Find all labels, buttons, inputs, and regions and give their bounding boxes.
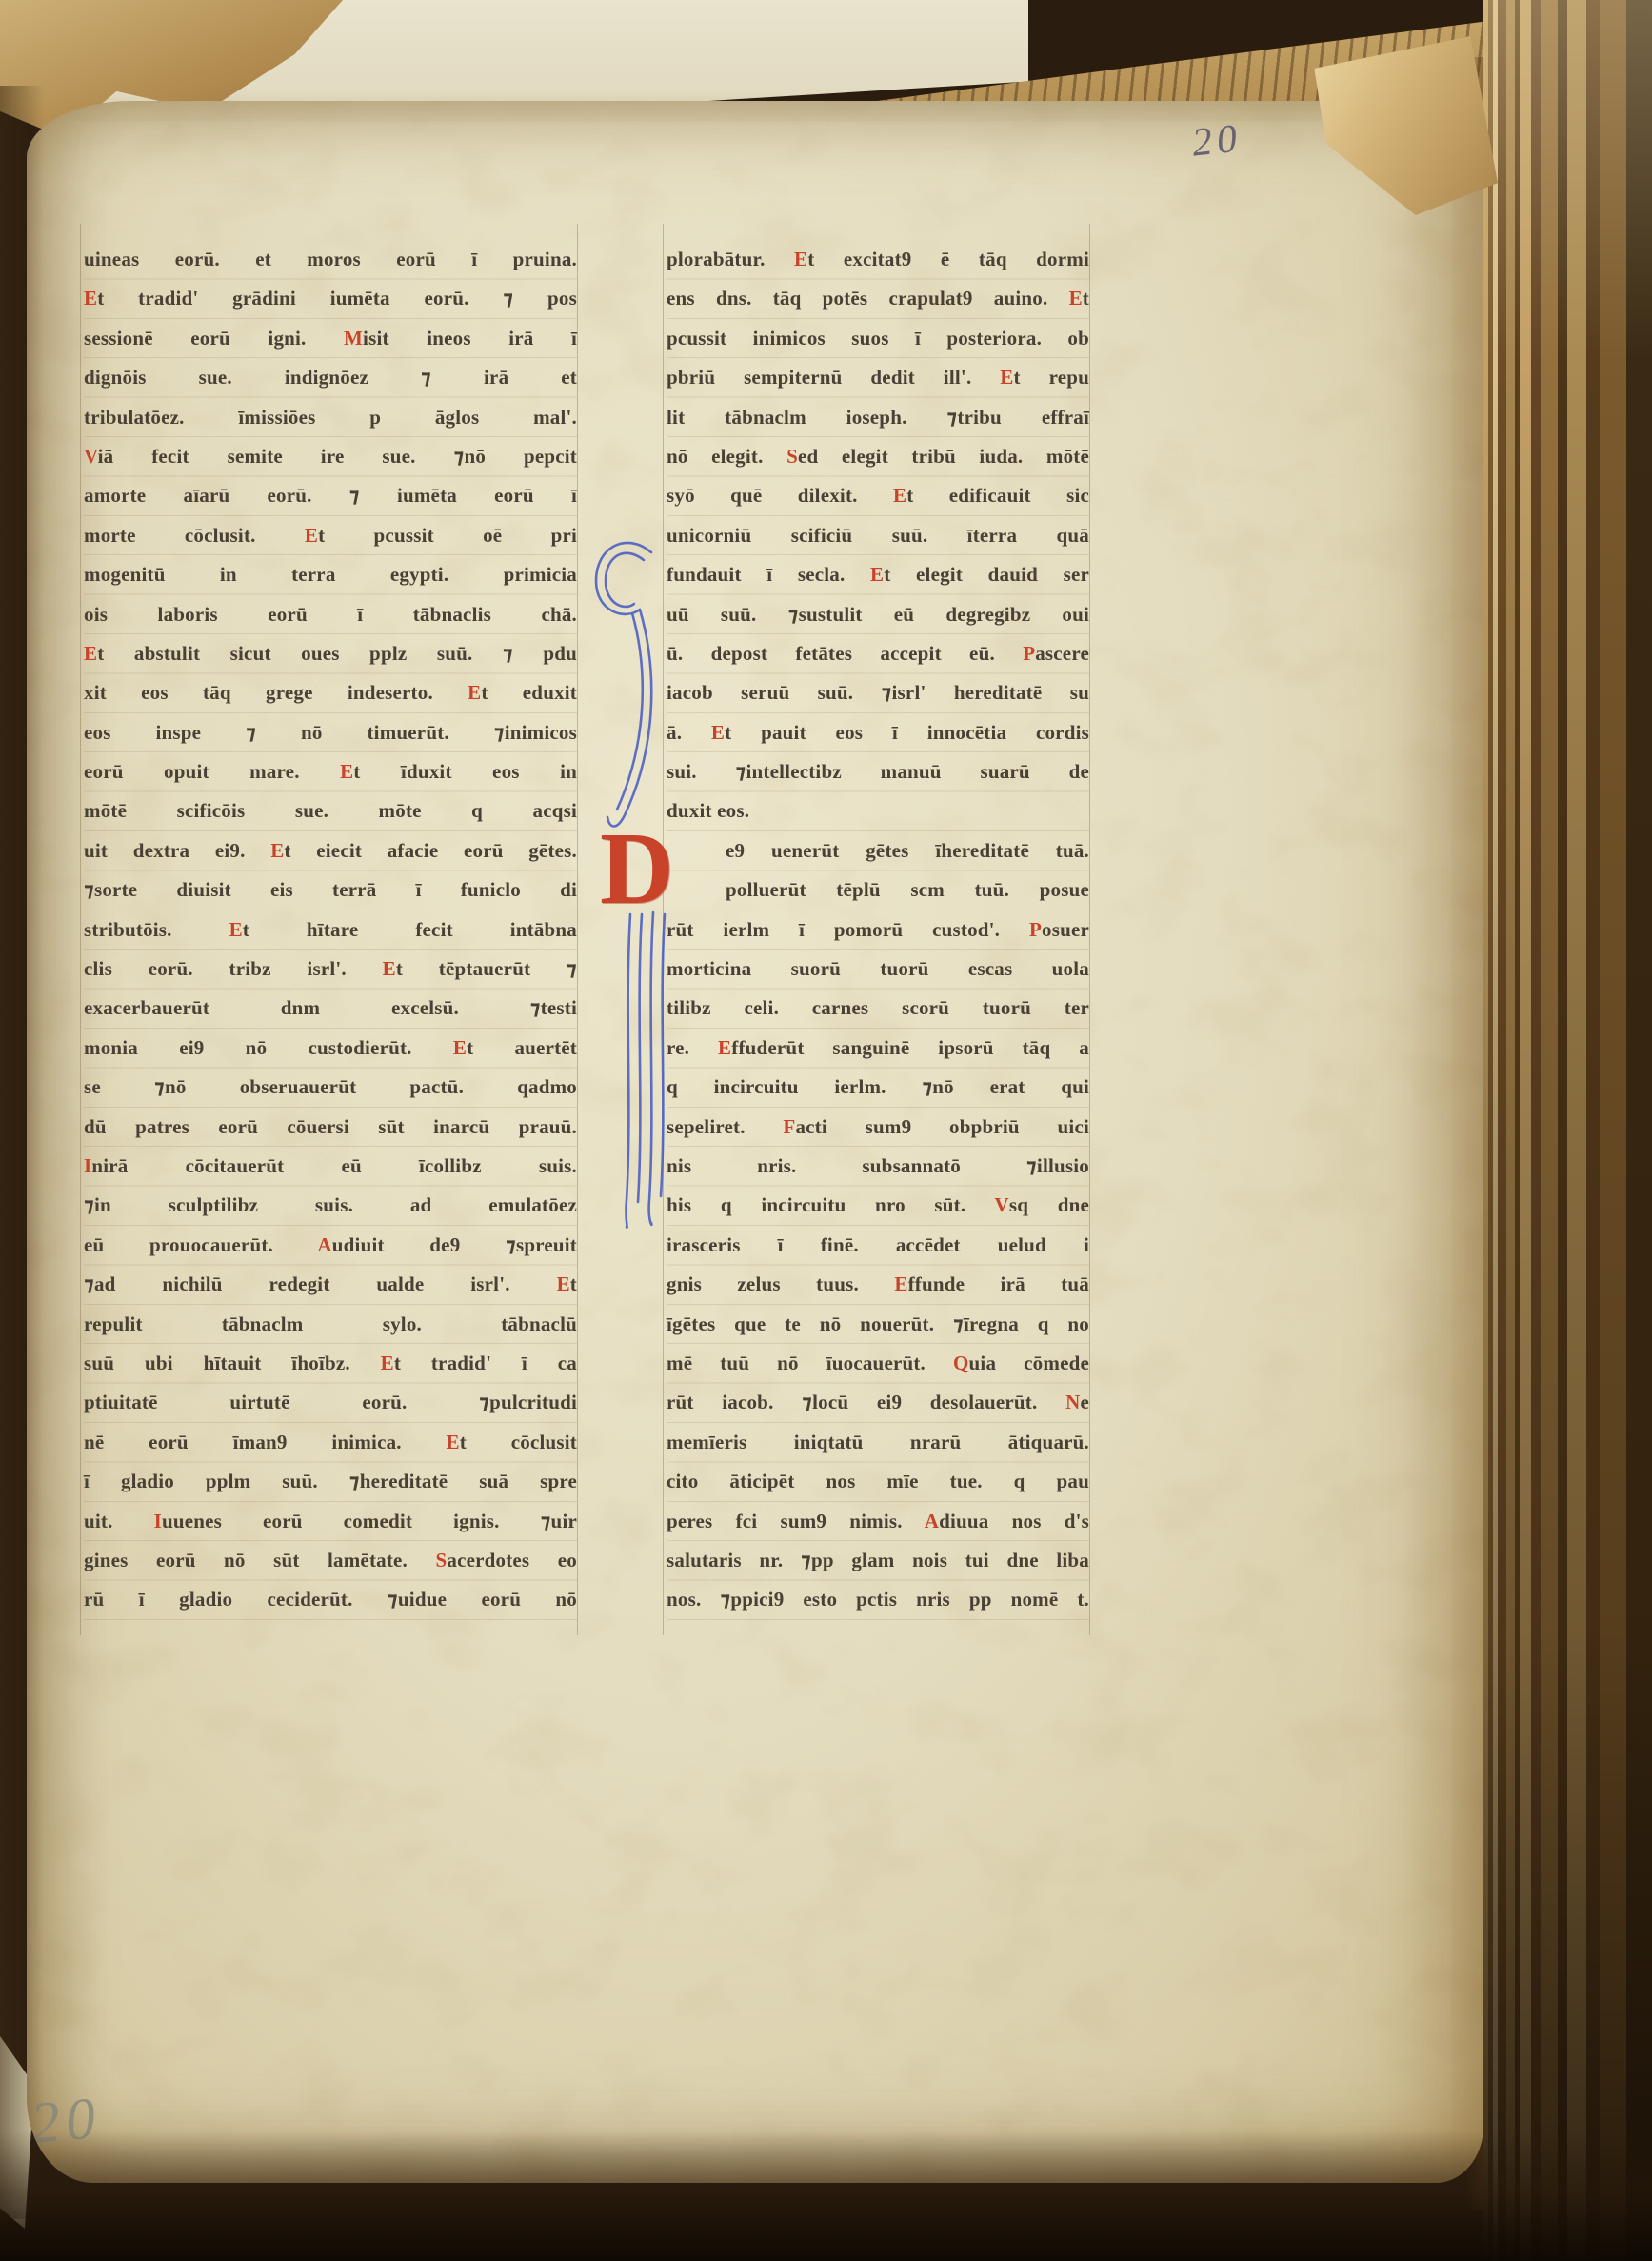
text-run: ois laboris eorū ī tābnaclis chā.: [84, 603, 577, 626]
text-run: uū suū. ⁊sustulit eū degregibz oui: [667, 603, 1089, 626]
rubric-initial: E: [270, 839, 284, 862]
text-run: t eduxit: [481, 681, 577, 704]
rubric-initial: E: [711, 721, 725, 744]
manuscript-line: sessionē eorū igni. Misit ineos irā ī: [84, 319, 577, 358]
manuscript-line: rūt iacob. ⁊locū ei9 desolauerūt. Ne: [667, 1383, 1089, 1422]
text-run: nō elegit.: [667, 445, 786, 468]
text-run: uineas eorū. et moros eorū ī pruina.: [84, 248, 577, 270]
text-run: clis eorū. tribz isrl'.: [84, 957, 383, 980]
manuscript-photo: D uineas eorū. et moros eorū ī pruina.Et…: [0, 0, 1652, 2261]
text-run: ffuderūt sanguinē ipsorū tāq a: [731, 1036, 1089, 1059]
rubric-initial: E: [453, 1036, 467, 1059]
manuscript-line: nis nris. subsannatō ⁊illusio: [667, 1147, 1089, 1186]
text-run: salutaris nr. ⁊pp glam nois tui dne liba: [667, 1549, 1089, 1571]
text-run: morticina suorū tuorū escas uola: [667, 957, 1089, 980]
text-run: t elegit dauid ser: [884, 563, 1089, 586]
manuscript-line: uit. Iuuenes eorū comedit ignis. ⁊uir: [84, 1502, 577, 1541]
rubric-initial: S: [786, 445, 798, 468]
text-run: mogenitū in terra egypti. primicia: [84, 563, 577, 586]
manuscript-line: uū suū. ⁊sustulit eū degregibz oui: [667, 595, 1089, 634]
text-run: re.: [667, 1036, 718, 1059]
text-run: dū patres eorū cōuersi sūt inarcū prauū.: [84, 1115, 577, 1138]
manuscript-line: dū patres eorū cōuersi sūt inarcū prauū.: [84, 1108, 577, 1147]
rubric-initial: Q: [953, 1351, 969, 1374]
text-run: ī gladio pplm suū. ⁊hereditatē suā spre: [84, 1470, 577, 1492]
manuscript-line: ū. depost fetātes accepit eū. Pascere: [667, 634, 1089, 673]
text-run: ed elegit tribū iuda. mōtē: [798, 445, 1089, 468]
text-run: t cōclusit: [460, 1431, 577, 1453]
manuscript-line: his q incircuitu nro sūt. Vsq dne: [667, 1186, 1089, 1225]
text-run: polluerūt tēplū scm tuū. posue: [726, 878, 1089, 901]
text-run: cito āticipēt nos mīe tue. q pau: [667, 1470, 1089, 1492]
manuscript-leaf: D uineas eorū. et moros eorū ī pruina.Et…: [27, 101, 1483, 2183]
manuscript-line: memīeris iniqtatū nrarū ātiquarū.: [667, 1423, 1089, 1462]
text-run: t auertēt: [467, 1036, 577, 1059]
text-run: ffunde irā tuā: [908, 1272, 1089, 1295]
manuscript-line: se ⁊nō obseruauerūt pactū. qadmo: [84, 1068, 577, 1107]
text-run: osuer: [1042, 918, 1089, 941]
manuscript-line: ā. Et pauit eos ī innocētia cordis: [667, 713, 1089, 752]
manuscript-line: salutaris nr. ⁊pp glam nois tui dne liba: [667, 1541, 1089, 1580]
text-run: ū. depost fetātes accepit eū.: [667, 642, 1023, 665]
ruling-line-right-col2: [1089, 224, 1090, 1635]
rubric-initial: V: [84, 445, 98, 468]
manuscript-line: Viā fecit semite ire sue. ⁊nō pepcit: [84, 437, 577, 476]
book-fore-edge: [1483, 0, 1652, 2261]
rubric-initial: E: [84, 287, 97, 310]
text-run: repulit tābnaclm sylo. tābnaclū: [84, 1312, 577, 1335]
manuscript-line: suū ubi hītauit īhoībz. Et tradid' ī ca: [84, 1344, 577, 1383]
manuscript-line: dignōis sue. indignōez ⁊ irā et: [84, 358, 577, 397]
manuscript-line: mōtē scificōis sue. mōte q acqsi: [84, 791, 577, 830]
text-run: udiuit de9 ⁊spreuit: [332, 1233, 577, 1256]
rubric-initial: P: [1023, 642, 1035, 665]
text-run: e9 uenerūt gētes īhereditatē tuā.: [726, 839, 1089, 862]
manuscript-line: syō quē dilexit. Et edificauit sic: [667, 476, 1089, 515]
text-run: īgētes que te nō nouerūt. ⁊īregna q no: [667, 1312, 1089, 1335]
manuscript-line: irasceris ī finē. accēdet uelud i: [667, 1226, 1089, 1265]
text-run: rūt ierlm ī pomorū custod'.: [667, 918, 1029, 941]
text-run: t hītare fecit intābna: [243, 918, 577, 941]
text-run: ⁊ad nichilū redegit ualde isrl'.: [84, 1272, 557, 1295]
text-run: nē eorū īman9 inimica.: [84, 1431, 447, 1453]
rubric-initial: E: [1069, 287, 1083, 310]
manuscript-line: sui. ⁊intellectibz manuū suarū de: [667, 752, 1089, 791]
text-column-2: plorabātur. Et excitat9 ē tāq dormiens d…: [667, 240, 1089, 1620]
manuscript-line: nos. ⁊ppici9 esto pctis nris pp nomē t.: [667, 1580, 1089, 1619]
text-run: xit eos tāq grege indeserto.: [84, 681, 468, 704]
bottom-edge-shadow: [0, 2131, 1652, 2261]
text-run: unicorniū scificiū suū. īterra quā: [667, 524, 1089, 547]
text-run: t repu: [1014, 366, 1090, 389]
text-run: his q incircuitu nro sūt.: [667, 1193, 994, 1216]
text-run: t tradid' grādini iumēta eorū. ⁊ pos: [97, 287, 577, 310]
manuscript-line: uit dextra ei9. Et eiecit afacie eorū gē…: [84, 831, 577, 870]
manuscript-line: clis eorū. tribz isrl'. Et tēptauerūt ⁊: [84, 950, 577, 989]
rubric-initial: M: [344, 327, 363, 350]
text-run: memīeris iniqtatū nrarū ātiquarū.: [667, 1431, 1089, 1453]
manuscript-line: ptiuitatē uirtutē eorū. ⁊pulcritudi: [84, 1383, 577, 1422]
text-run: t: [1083, 287, 1089, 310]
text-run: isit ineos irā ī: [363, 327, 577, 350]
manuscript-line: gnis zelus tuus. Effunde irā tuā: [667, 1265, 1089, 1304]
text-run: sq dne: [1009, 1193, 1089, 1216]
manuscript-line: sepeliret. Facti sum9 obpbriū uici: [667, 1108, 1089, 1147]
rubric-initial: N: [1065, 1391, 1080, 1413]
manuscript-line: eorū opuit mare. Et īduxit eos in: [84, 752, 577, 791]
gutter-shadow: [0, 86, 44, 2219]
text-run: iā fecit semite ire sue. ⁊nō pepcit: [98, 445, 577, 468]
text-run: t pauit eos ī innocētia cordis: [725, 721, 1089, 744]
text-run: rū ī gladio ceciderūt. ⁊uidue eorū nō: [84, 1588, 577, 1611]
rubric-initial: E: [229, 918, 243, 941]
rubric-initial: E: [84, 642, 97, 665]
folio-number-top: 20: [1190, 115, 1244, 166]
text-run: tilibz celi. carnes scorū tuorū ter: [667, 996, 1089, 1019]
manuscript-line: repulit tābnaclm sylo. tābnaclū: [84, 1305, 577, 1344]
rubric-initial: A: [925, 1510, 939, 1532]
manuscript-line: peres fci sum9 nimis. Adiuua nos d's: [667, 1502, 1089, 1541]
manuscript-line: morticina suorū tuorū escas uola: [667, 950, 1089, 989]
text-run: eorū opuit mare.: [84, 760, 340, 783]
manuscript-line: polluerūt tēplū scm tuū. posue: [667, 870, 1089, 910]
text-run: iacob seruū suū. ⁊isrl' hereditatē su: [667, 681, 1089, 704]
rubric-initial: E: [894, 1272, 907, 1295]
rubric-initial: E: [340, 760, 353, 783]
ruling-line-left-col1: [80, 224, 81, 1635]
text-run: fundauit ī secla.: [667, 563, 870, 586]
manuscript-line: mē tuū nō īuocauerūt. Quia cōmede: [667, 1344, 1089, 1383]
manuscript-line: iacob seruū suū. ⁊isrl' hereditatē su: [667, 673, 1089, 712]
manuscript-line: ois laboris eorū ī tābnaclis chā.: [84, 595, 577, 634]
rubric-initial: E: [447, 1431, 460, 1453]
text-run: peres fci sum9 nimis.: [667, 1510, 925, 1532]
text-run: t excitat9 ē tāq dormi: [807, 248, 1089, 270]
text-run: e: [1080, 1391, 1089, 1413]
text-run: uuenes eorū comedit ignis. ⁊uir: [162, 1510, 577, 1532]
manuscript-line: xit eos tāq grege indeserto. Et eduxit: [84, 673, 577, 712]
manuscript-line: nō elegit. Sed elegit tribū iuda. mōtē: [667, 437, 1089, 476]
manuscript-line: rūt ierlm ī pomorū custod'. Posuer: [667, 910, 1089, 950]
rubric-initial: S: [435, 1549, 447, 1571]
manuscript-line: mogenitū in terra egypti. primicia: [84, 555, 577, 594]
manuscript-line: ī gladio pplm suū. ⁊hereditatē suā spre: [84, 1462, 577, 1501]
manuscript-line: eū prouocauerūt. Audiuit de9 ⁊spreuit: [84, 1226, 577, 1265]
text-run: acerdotes eo: [447, 1549, 577, 1571]
rubric-initial: E: [794, 248, 807, 270]
manuscript-line: Et abstulit sicut oues pplz suū. ⁊ pdu: [84, 634, 577, 673]
manuscript-line: Inirā cōcitauerūt eū īcollibz suis.: [84, 1147, 577, 1186]
rubric-initial: I: [154, 1510, 162, 1532]
rubric-initial: P: [1029, 918, 1042, 941]
text-run: duxit eos.: [667, 799, 749, 822]
text-run: pbriū sempiternū dedit ill'.: [667, 366, 1000, 389]
text-run: irasceris ī finē. accēdet uelud i: [667, 1233, 1089, 1256]
text-run: t eiecit afacie eorū gētes.: [284, 839, 577, 862]
text-run: uit.: [84, 1510, 154, 1532]
rubric-initial: E: [870, 563, 884, 586]
manuscript-line: exacerbauerūt dnm excelsū. ⁊testi: [84, 989, 577, 1028]
text-column-1: uineas eorū. et moros eorū ī pruina.Et t…: [84, 240, 577, 1620]
rubric-initial: E: [383, 957, 396, 980]
text-run: pcussit inimicos suos ī posteriora. ob: [667, 327, 1089, 350]
text-run: t edificauit sic: [906, 484, 1089, 507]
text-run: plorabātur.: [667, 248, 794, 270]
manuscript-line: ens dns. tāq potēs crapulat9 auino. Et: [667, 279, 1089, 318]
text-run: t pcussit oē pri: [318, 524, 577, 547]
text-run: ascere: [1035, 642, 1089, 665]
text-run: t abstulit sicut oues pplz suū. ⁊ pdu: [97, 642, 577, 665]
text-run: gines eorū nō sūt lamētate.: [84, 1549, 435, 1571]
manuscript-line: nē eorū īman9 inimica. Et cōclusit: [84, 1423, 577, 1462]
text-run: eū prouocauerūt.: [84, 1233, 317, 1256]
manuscript-line: re. Effuderūt sanguinē ipsorū tāq a: [667, 1029, 1089, 1068]
text-run: t īduxit eos in: [353, 760, 577, 783]
rubric-initial: E: [718, 1036, 731, 1059]
text-run: ⁊in sculptilibz suis. ad emulatōez: [84, 1193, 577, 1216]
text-run: nis nris. subsannatō ⁊illusio: [667, 1154, 1089, 1177]
text-run: mē tuū nō īuocauerūt.: [667, 1351, 953, 1374]
manuscript-line: eos inspe ⁊ nō timuerūt. ⁊inimicos: [84, 713, 577, 752]
rubric-initial: E: [381, 1351, 394, 1374]
manuscript-line: ⁊sorte diuisit eis terrā ī funiclo di: [84, 870, 577, 910]
manuscript-line: gines eorū nō sūt lamētate. Sacerdotes e…: [84, 1541, 577, 1580]
rubric-initial: V: [994, 1193, 1008, 1216]
manuscript-line: e9 uenerūt gētes īhereditatē tuā.: [667, 831, 1089, 870]
manuscript-line: stributōis. Et hītare fecit intābna: [84, 910, 577, 950]
text-run: nos. ⁊ppici9 esto pctis nris pp nomē t.: [667, 1588, 1089, 1611]
manuscript-line: unicorniū scificiū suū. īterra quā: [667, 516, 1089, 555]
text-run: exacerbauerūt dnm excelsū. ⁊testi: [84, 996, 577, 1019]
manuscript-line: plorabātur. Et excitat9 ē tāq dormi: [667, 240, 1089, 279]
illuminated-initial-d: D: [600, 823, 674, 915]
rubric-initial: E: [305, 524, 318, 547]
manuscript-line: rū ī gladio ceciderūt. ⁊uidue eorū nō: [84, 1580, 577, 1619]
text-run: suū ubi hītauit īhoībz.: [84, 1351, 381, 1374]
rubric-initial: E: [893, 484, 906, 507]
text-run: monia ei9 nō custodierūt.: [84, 1036, 453, 1059]
text-run: t tēptauerūt ⁊: [396, 957, 577, 980]
text-run: rūt iacob. ⁊locū ei9 desolauerūt.: [667, 1391, 1065, 1413]
text-run: ptiuitatē uirtutē eorū. ⁊pulcritudi: [84, 1391, 577, 1413]
text-run: dignōis sue. indignōez ⁊ irā et: [84, 366, 577, 389]
manuscript-line: duxit eos.: [667, 791, 1089, 830]
text-run: syō quē dilexit.: [667, 484, 893, 507]
text-run: q incircuitu ierlm. ⁊nō erat qui: [667, 1075, 1089, 1098]
text-run: ⁊sorte diuisit eis terrā ī funiclo di: [84, 878, 577, 901]
manuscript-line: tribulatōez. īmissiōes p āglos mal'.: [84, 398, 577, 437]
manuscript-line: tilibz celi. carnes scorū tuorū ter: [667, 989, 1089, 1028]
text-run: sessionē eorū igni.: [84, 327, 344, 350]
text-run: eos inspe ⁊ nō timuerūt. ⁊inimicos: [84, 721, 577, 744]
text-run: t: [570, 1272, 577, 1295]
manuscript-line: fundauit ī secla. Et elegit dauid ser: [667, 555, 1089, 594]
text-run: ens dns. tāq potēs crapulat9 auino.: [667, 287, 1069, 310]
manuscript-line: lit tābnaclm ioseph. ⁊tribu effraī: [667, 398, 1089, 437]
text-run: mōtē scificōis sue. mōte q acqsi: [84, 799, 577, 822]
manuscript-line: ⁊in sculptilibz suis. ad emulatōez: [84, 1186, 577, 1225]
text-run: diuua nos d's: [939, 1510, 1089, 1532]
text-run: tribulatōez. īmissiōes p āglos mal'.: [84, 406, 577, 429]
text-run: ā.: [667, 721, 711, 744]
manuscript-line: morte cōclusit. Et pcussit oē pri: [84, 516, 577, 555]
text-run: sepeliret.: [667, 1115, 783, 1138]
text-run: t tradid' ī ca: [394, 1351, 577, 1374]
text-run: acti sum9 obpbriū uici: [795, 1115, 1089, 1138]
text-run: gnis zelus tuus.: [667, 1272, 894, 1295]
text-run: lit tābnaclm ioseph. ⁊tribu effraī: [667, 406, 1089, 429]
rubric-initial: A: [317, 1233, 331, 1256]
rubric-initial: E: [468, 681, 481, 704]
manuscript-line: pcussit inimicos suos ī posteriora. ob: [667, 319, 1089, 358]
text-run: amorte aīarū eorū. ⁊ iumēta eorū ī: [84, 484, 577, 507]
manuscript-line: q incircuitu ierlm. ⁊nō erat qui: [667, 1068, 1089, 1107]
text-run: morte cōclusit.: [84, 524, 305, 547]
rubric-initial: E: [1000, 366, 1013, 389]
manuscript-line: amorte aīarū eorū. ⁊ iumēta eorū ī: [84, 476, 577, 515]
rubric-initial: E: [557, 1272, 570, 1295]
manuscript-line: Et tradid' grādini iumēta eorū. ⁊ pos: [84, 279, 577, 318]
manuscript-line: monia ei9 nō custodierūt. Et auertēt: [84, 1029, 577, 1068]
text-run: uit dextra ei9.: [84, 839, 270, 862]
manuscript-line: pbriū sempiternū dedit ill'. Et repu: [667, 358, 1089, 397]
text-run: sui. ⁊intellectibz manuū suarū de: [667, 760, 1089, 783]
manuscript-line: uineas eorū. et moros eorū ī pruina.: [84, 240, 577, 279]
text-run: stributōis.: [84, 918, 229, 941]
text-run: se ⁊nō obseruauerūt pactū. qadmo: [84, 1075, 577, 1098]
text-run: nirā cōcitauerūt eū īcollibz suis.: [91, 1154, 577, 1177]
manuscript-line: īgētes que te nō nouerūt. ⁊īregna q no: [667, 1305, 1089, 1344]
rubric-initial: F: [783, 1115, 795, 1138]
manuscript-line: cito āticipēt nos mīe tue. q pau: [667, 1462, 1089, 1501]
manuscript-line: ⁊ad nichilū redegit ualde isrl'. Et: [84, 1265, 577, 1304]
text-run: uia cōmede: [969, 1351, 1089, 1374]
